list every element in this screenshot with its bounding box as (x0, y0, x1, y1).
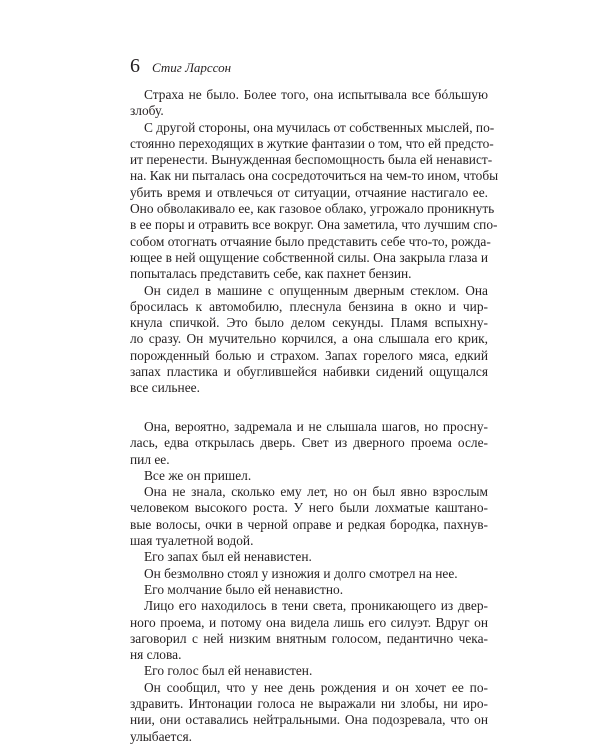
paragraph: Он сидел в машине с опущенным дверным ст… (130, 283, 488, 397)
text-line: Все же он пришел. (130, 468, 488, 484)
text-line: здравить. Интонации голоса не выражали н… (130, 696, 488, 712)
text-line: Его молчание было ей ненавистно. (130, 582, 488, 598)
text-line: собом отогнать отчаяние было представить… (130, 234, 488, 250)
text-line: нии, они оставались нейтральными. Она по… (130, 712, 488, 728)
text-line: ло сразу. Он мучительно корчился, а она … (130, 331, 488, 347)
paragraph: Его молчание было ей ненавистно. (130, 582, 488, 598)
text-line: ного проема, и потому она видела лишь ег… (130, 615, 488, 631)
text-line: Страха не было. Более того, она испытыва… (130, 87, 488, 103)
text-line: человеком высокого роста. У него были ло… (130, 500, 488, 516)
text-line: Она не знала, сколько ему лет, но он был… (130, 484, 488, 500)
text-line: Его голос был ей ненавистен. (130, 663, 488, 679)
paragraph: Он безмолвно стоял у изножия и долго смо… (130, 566, 488, 582)
text-line: бросилась к автомобилю, плеснула бензина… (130, 299, 488, 315)
text-line: вые волосы, очки в черной оправе и редка… (130, 517, 488, 533)
paragraph: Лицо его находилось в тени света, проник… (130, 598, 488, 663)
text-body: Страха не было. Более того, она испытыва… (130, 87, 488, 745)
paragraph: Она не знала, сколько ему лет, но он был… (130, 484, 488, 549)
text-line: ня слова. (130, 647, 488, 663)
text-line: Она, вероятно, задремала и не слышала ша… (130, 419, 488, 435)
text-line: Он сидел в машине с опущенным дверным ст… (130, 283, 488, 299)
text-line: шая туалетной водой. (130, 533, 488, 549)
paragraph: Страха не было. Более того, она испытыва… (130, 87, 488, 120)
text-line: улыбается. (130, 729, 488, 745)
text-line: пил ее. (130, 452, 488, 468)
text-line: заговорил с ней низким внятным голосом, … (130, 631, 488, 647)
paragraph: Все же он пришел. (130, 468, 488, 484)
text-line: на. Как ни пыталась она сосредоточиться … (130, 168, 488, 184)
text-line: Он безмолвно стоял у изножия и долго смо… (130, 566, 488, 582)
text-line: запах пластика и обуглившейся набивки си… (130, 364, 488, 380)
text-line: С другой стороны, она мучилась от собств… (130, 120, 488, 136)
paragraph: Она, вероятно, задремала и не слышала ша… (130, 419, 488, 468)
paragraph: С другой стороны, она мучилась от собств… (130, 120, 488, 283)
text-line: Он сообщил, что у нее день рождения и он… (130, 680, 488, 696)
paragraph: Его голос был ей ненавистен. (130, 663, 488, 679)
text-line: все сильнее. (130, 380, 488, 396)
text-line: Оно обволакивало ее, как газовое облако,… (130, 201, 488, 217)
paragraph: Он сообщил, что у нее день рождения и он… (130, 680, 488, 745)
text-line: кнула спичкой. Это было делом секунды. П… (130, 315, 488, 331)
text-line: порожденный болью и страхом. Запах горел… (130, 348, 488, 364)
text-line: попыталась представить себе, как пахнет … (130, 266, 488, 282)
text-line: Его запах был ей ненавистен. (130, 549, 488, 565)
text-line: злобу. (130, 103, 488, 119)
text-line: в ее поры и отравить все вокруг. Она зам… (130, 217, 488, 233)
text-line: ющее в ней ощущение собственной силы. Он… (130, 250, 488, 266)
paragraph: Его запах был ей ненавистен. (130, 549, 488, 565)
text-line: Лицо его находилось в тени света, проник… (130, 598, 488, 614)
page-number: 6 (130, 55, 140, 77)
text-line: ит перенести. Вынужденная беспомощность … (130, 152, 488, 168)
section-break (130, 397, 488, 413)
text-line: лась, едва открылась дверь. Свет из двер… (130, 435, 488, 451)
page-header: 6 Стиг Ларссон (130, 55, 231, 77)
running-title-author: Стиг Ларссон (152, 60, 231, 76)
text-line: стоянно переходящих в жуткие фантазии о … (130, 136, 488, 152)
text-line: убить время и отвлечься от ситуации, отч… (130, 185, 488, 201)
